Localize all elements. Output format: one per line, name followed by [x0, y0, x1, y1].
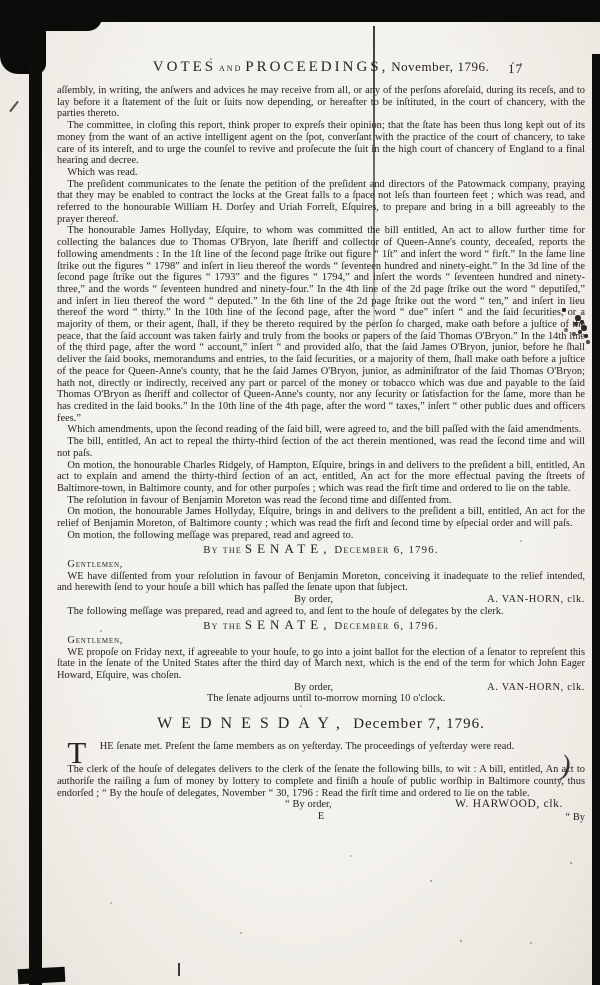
- scanned-page: VOTES and PROCEEDINGS, November, 1796. 1…: [0, 0, 600, 985]
- paragraph-between-messages: The following meſſage was prepared, read…: [57, 606, 585, 618]
- paragraph-continuation: aſſembly, in writing, the anſwers and ad…: [57, 85, 585, 120]
- paragraph-message-joint-ballot: WE propoſe on Friday next, if agreeable …: [57, 647, 585, 682]
- order-attribution-2: By order, A. VAN-HORN, clk.: [57, 682, 585, 694]
- page-content: VOTES and PROCEEDINGS, November, 1796. 1…: [57, 0, 585, 823]
- margin-slash-mark: [9, 101, 19, 112]
- running-head-and: and: [219, 62, 242, 74]
- paragraph-senate-met: THE ſenate met. Preſent the ſame members…: [57, 741, 585, 753]
- by-order-label: By order,: [294, 682, 333, 694]
- scan-gutter-foot: [18, 967, 66, 984]
- order-attribution-1: By order, A. VAN-HORN, clk.: [57, 594, 585, 606]
- clerk-signature: W. HARWOOD, clk.: [455, 799, 563, 811]
- paragraph-moreton-relief-bill: On motion, the honourable James Hollyday…: [57, 506, 585, 529]
- ink-blot-mark: [562, 308, 566, 312]
- paragraph-amendments-agreed: Which amendments, upon the ſecond readin…: [57, 424, 585, 436]
- paragraph-obryon-amendments: The honourable James Hollyday, Eſquire, …: [57, 225, 585, 424]
- paragraph-repeal-bill: The bill, entitled, An act to repeal the…: [57, 436, 585, 459]
- bottom-tick-mark: [178, 963, 180, 976]
- senate-message-heading-1: By the SENATE, December 6, 1796.: [57, 542, 585, 558]
- day-heading-date: December 7, 1796.: [353, 716, 485, 732]
- day-heading: WEDNESDAY, December 7, 1796.: [57, 714, 585, 734]
- paragraph-moreton-resolution: The reſolution in favour of Benjamin Mor…: [57, 495, 585, 507]
- heading-by-the: By the: [203, 620, 242, 632]
- running-head-title2: PROCEEDINGS,: [245, 59, 388, 75]
- salutation-gentlemen-1: Gentlemen,: [57, 559, 585, 571]
- by-order-label: By order,: [294, 594, 333, 606]
- senate-message-heading-2: By the SENATE, December 6, 1796.: [57, 618, 585, 634]
- order-attribution-3: “ By order, W. HARWOOD, clk.: [57, 799, 585, 811]
- clerk-signature: A. VAN-HORN, clk.: [487, 682, 585, 694]
- paragraph-which-was-read: Which was read.: [57, 167, 585, 179]
- scan-noise: [0, 0, 2, 2]
- scan-crease-line: [373, 26, 375, 348]
- by-order-label: “ By order,: [285, 799, 332, 811]
- heading-date: December 6, 1796.: [334, 620, 438, 632]
- running-head-date: November, 1796.: [391, 59, 489, 74]
- scan-border-right: [592, 54, 600, 985]
- paragraph-patowmack-petition: The preſident communicates to the ſenate…: [57, 179, 585, 226]
- day-heading-day: WEDNESDAY,: [157, 715, 349, 732]
- running-head-title: VOTES: [153, 59, 216, 75]
- drop-cap: T: [57, 741, 89, 764]
- paragraph-ridgely-bill: On motion, the honourable Charles Ridgel…: [57, 460, 585, 495]
- running-head: VOTES and PROCEEDINGS, November, 1796. 1…: [57, 58, 585, 77]
- clerk-signature: A. VAN-HORN, clk.: [487, 594, 585, 606]
- paragraph-adjournment: The ſenate adjourns until to-morrow morn…: [57, 693, 585, 705]
- paragraph-message-dissent: WE have diſſented from your reſolution i…: [57, 571, 585, 594]
- paragraph-clerk-bills: The clerk of the houſe of delegates deli…: [57, 764, 585, 799]
- heading-by-the: By the: [203, 544, 242, 556]
- paragraph-message-prepared: On motion, the following meſſage was pre…: [57, 530, 585, 542]
- printer-signature-mark: E: [318, 811, 324, 822]
- page-number: 17: [508, 60, 523, 77]
- catchword: “ By: [565, 812, 585, 824]
- heading-senate: SENATE,: [245, 617, 332, 632]
- paragraph-senate-met-text: HE ſenate met. Preſent the ſame members …: [100, 741, 514, 752]
- paragraph-committee-report: The committee, in cloſing this report, t…: [57, 120, 585, 167]
- scan-gutter-bar: [29, 62, 42, 985]
- signature-mark-line: E “ By: [57, 811, 585, 823]
- heading-senate: SENATE,: [245, 541, 332, 556]
- heading-date: December 6, 1796.: [334, 544, 438, 556]
- salutation-gentlemen-2: Gentlemen,: [57, 635, 585, 647]
